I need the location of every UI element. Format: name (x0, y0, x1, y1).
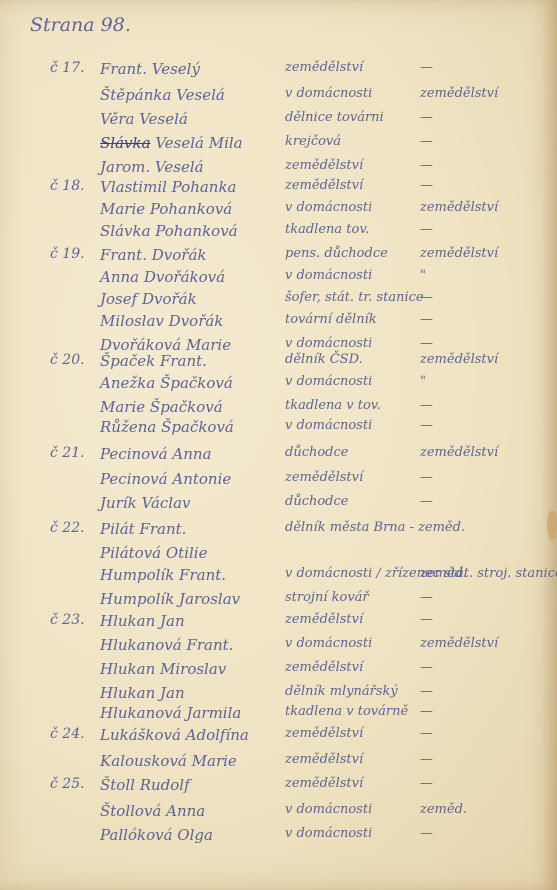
occupation: v domácnosti (285, 802, 372, 817)
list-item: č 20.Špaček Frant.dělník ČSD.zemědělství (0, 352, 557, 374)
list-item: Pilátová Otilie (0, 544, 557, 566)
secondary-occupation: — (420, 312, 433, 327)
secondary-occupation: — (420, 398, 433, 413)
house-number: č 19. (50, 246, 85, 262)
occupation: v domácnosti (285, 636, 372, 651)
secondary-occupation: zeměd. (420, 566, 467, 581)
house-number: č 22. (50, 520, 85, 536)
list-item: Kalousková Mariezemědělství— (0, 752, 557, 774)
list-item: č 22.Pilát Frant.dělník města Brna - zem… (0, 520, 557, 542)
house-number: č 20. (50, 352, 85, 368)
secondary-occupation: — (420, 336, 433, 351)
person-name: Věra Veselá (100, 110, 188, 128)
list-item: Anna Dvořákováv domácnosti" (0, 268, 557, 290)
list-item: Pecinová Antoniezemědělství— (0, 470, 557, 492)
person-name: Hlukanová Jarmila (100, 704, 241, 722)
house-number: č 18. (50, 178, 85, 194)
secondary-occupation: — (420, 178, 433, 193)
person-name: Pilát Frant. (100, 520, 186, 538)
list-item: Marie Pohankováv domácnostizemědělství (0, 200, 557, 222)
occupation: zemědělství (285, 752, 363, 767)
person-name: Humpolík Jaroslav (100, 590, 240, 608)
person-name: Jarom. Veselá (100, 158, 204, 176)
occupation: šofer, stát. tr. stanice (285, 290, 424, 305)
list-item: Anežka Špačkováv domácnosti" (0, 374, 557, 396)
page-title: Strana 98. (30, 14, 131, 36)
secondary-occupation: — (420, 470, 433, 485)
house-number: č 17. (50, 60, 85, 76)
person-name: Štollová Anna (100, 802, 205, 820)
occupation: tkadlena tov. (285, 222, 369, 237)
occupation: strojní kovář (285, 590, 369, 605)
list-item: č 24.Lukášková Adolfínazemědělství— (0, 726, 557, 748)
person-name: Anežka Špačková (100, 374, 233, 392)
occupation: zemědělství (285, 726, 363, 741)
list-item: č 23.Hlukan Janzemědělství— (0, 612, 557, 634)
person-name: Vlastimil Pohanka (100, 178, 237, 196)
house-number: č 24. (50, 726, 85, 742)
list-item: Hlukanová Jarmilatkadlena v továrně— (0, 704, 557, 726)
list-item: č 21.Pecinová Annadůchodcezemědělství (0, 445, 557, 467)
list-item: Slávka Veselá Milakrejčová— (0, 134, 557, 156)
list-item: č 18.Vlastimil Pohankazemědělství— (0, 178, 557, 200)
person-name: Frant. Dvořák (100, 246, 206, 264)
list-item: č 19.Frant. Dvořákpens. důchodcezeměděls… (0, 246, 557, 268)
secondary-occupation: " (420, 268, 426, 283)
person-name: Štěpánka Veselá (100, 86, 225, 104)
secondary-occupation: zemědělství (420, 352, 498, 367)
secondary-occupation: zemědělství (420, 86, 498, 101)
list-item: Jurík Václavdůchodce— (0, 494, 557, 516)
secondary-occupation: — (420, 726, 433, 741)
list-item: Miloslav Dvořáktovární dělník— (0, 312, 557, 334)
occupation: tkadlena v tov. (285, 398, 381, 413)
list-item: Věra Veseládělnice továrni— (0, 110, 557, 132)
person-name: Pecinová Anna (100, 445, 211, 463)
secondary-occupation: " (420, 374, 426, 389)
occupation: krejčová (285, 134, 341, 149)
person-name: Jurík Václav (100, 494, 191, 512)
occupation: zemědělství (285, 158, 363, 173)
secondary-occupation: — (420, 752, 433, 767)
person-name: Pecinová Antonie (100, 470, 231, 488)
occupation: v domácnosti (285, 374, 372, 389)
occupation: dělník mlynářský (285, 684, 398, 699)
list-item: Hlukan Miroslavzemědělství— (0, 660, 557, 682)
person-name: Josef Dvořák (100, 290, 197, 308)
secondary-occupation: — (420, 684, 433, 699)
secondary-occupation: — (420, 60, 433, 75)
occupation: v domácnosti (285, 418, 372, 433)
occupation: v domácnosti (285, 268, 372, 283)
occupation: tkadlena v továrně (285, 704, 408, 719)
occupation: zemědělství (285, 776, 363, 791)
occupation: v domácnosti (285, 200, 372, 215)
name-text: Veselá Mila (155, 134, 242, 152)
person-name: Miloslav Dvořák (100, 312, 223, 330)
list-item: Slávka Pohankovátkadlena tov.— (0, 222, 557, 244)
house-number: č 25. (50, 776, 85, 792)
secondary-occupation: — (420, 660, 433, 675)
person-name: Hlukan Jan (100, 612, 185, 630)
secondary-occupation: — (420, 612, 433, 627)
secondary-occupation: — (420, 826, 433, 841)
secondary-occupation: — (420, 418, 433, 433)
person-name: Slávka Veselá Mila (100, 134, 243, 152)
person-name: Hlukan Miroslav (100, 660, 226, 678)
person-name: Růžena Špačková (100, 418, 234, 436)
person-name: Marie Pohanková (100, 200, 232, 218)
occupation: zemědělství (285, 660, 363, 675)
secondary-occupation: — (420, 290, 433, 305)
secondary-occupation: zeměd. (420, 802, 467, 817)
secondary-occupation: — (420, 158, 433, 173)
list-item: č 17.Frant. Veselýzemědělství— (0, 60, 557, 82)
secondary-occupation: zemědělství (420, 445, 498, 460)
house-number: č 21. (50, 445, 85, 461)
occupation: tovární dělník (285, 312, 377, 327)
list-item: Jarom. Veselázemědělství— (0, 158, 557, 180)
occupation: v domácnosti (285, 86, 372, 101)
secondary-occupation: — (420, 222, 433, 237)
secondary-occupation: — (420, 590, 433, 605)
secondary-occupation: — (420, 110, 433, 125)
person-name: Lukášková Adolfína (100, 726, 249, 744)
list-item: Marie Špačkovátkadlena v tov.— (0, 398, 557, 420)
list-item: Štěpánka Veseláv domácnostizemědělství (0, 86, 557, 108)
occupation: důchodce (285, 494, 348, 509)
secondary-occupation: — (420, 134, 433, 149)
occupation: zemědělství (285, 60, 363, 75)
occupation: dělník ČSD. (285, 352, 363, 367)
ledger-page: Strana 98. č 17.Frant. Veselýzemědělství… (0, 0, 557, 890)
list-item: Josef Dvořákšofer, stát. tr. stanice— (0, 290, 557, 312)
person-name: Humpolík Frant. (100, 566, 226, 584)
occupation: zemědělství (285, 612, 363, 627)
person-name: Frant. Veselý (100, 60, 200, 78)
person-name: Hlukan Jan (100, 684, 185, 702)
list-item: Růžena Špačkováv domácnosti— (0, 418, 557, 440)
occupation: v domácnosti (285, 336, 372, 351)
list-item: Humpolík Frant.v domácnosti / zřízenec s… (0, 566, 557, 588)
person-name: Pilátová Otilie (100, 544, 207, 562)
occupation: dělník města Brna - zeměd. (285, 520, 465, 535)
person-name: Anna Dvořáková (100, 268, 225, 286)
person-name: Štoll Rudolf (100, 776, 190, 794)
occupation: zemědělství (285, 470, 363, 485)
secondary-occupation: zemědělství (420, 636, 498, 651)
secondary-occupation: — (420, 704, 433, 719)
list-item: č 25.Štoll Rudolfzemědělství— (0, 776, 557, 798)
list-item: Hlukan Jandělník mlynářský— (0, 684, 557, 706)
secondary-occupation: zemědělství (420, 200, 498, 215)
list-item: Pallóková Olgav domácnosti— (0, 826, 557, 848)
occupation: zemědělství (285, 178, 363, 193)
secondary-occupation: zemědělství (420, 246, 498, 261)
struck-name: Slávka (100, 134, 151, 152)
person-name: Špaček Frant. (100, 352, 207, 370)
list-item: Hlukanová Frant.v domácnostizemědělství (0, 636, 557, 658)
occupation: pens. důchodce (285, 246, 388, 261)
secondary-occupation: — (420, 776, 433, 791)
occupation: v domácnosti (285, 826, 372, 841)
occupation: důchodce (285, 445, 348, 460)
list-item: Humpolík Jaroslavstrojní kovář— (0, 590, 557, 612)
occupation: dělnice továrni (285, 110, 384, 125)
person-name: Kalousková Marie (100, 752, 237, 770)
person-name: Slávka Pohanková (100, 222, 238, 240)
person-name: Hlukanová Frant. (100, 636, 233, 654)
person-name: Marie Špačková (100, 398, 223, 416)
house-number: č 23. (50, 612, 85, 628)
person-name: Pallóková Olga (100, 826, 213, 844)
list-item: Štollová Annav domácnostizeměd. (0, 802, 557, 824)
secondary-occupation: — (420, 494, 433, 509)
